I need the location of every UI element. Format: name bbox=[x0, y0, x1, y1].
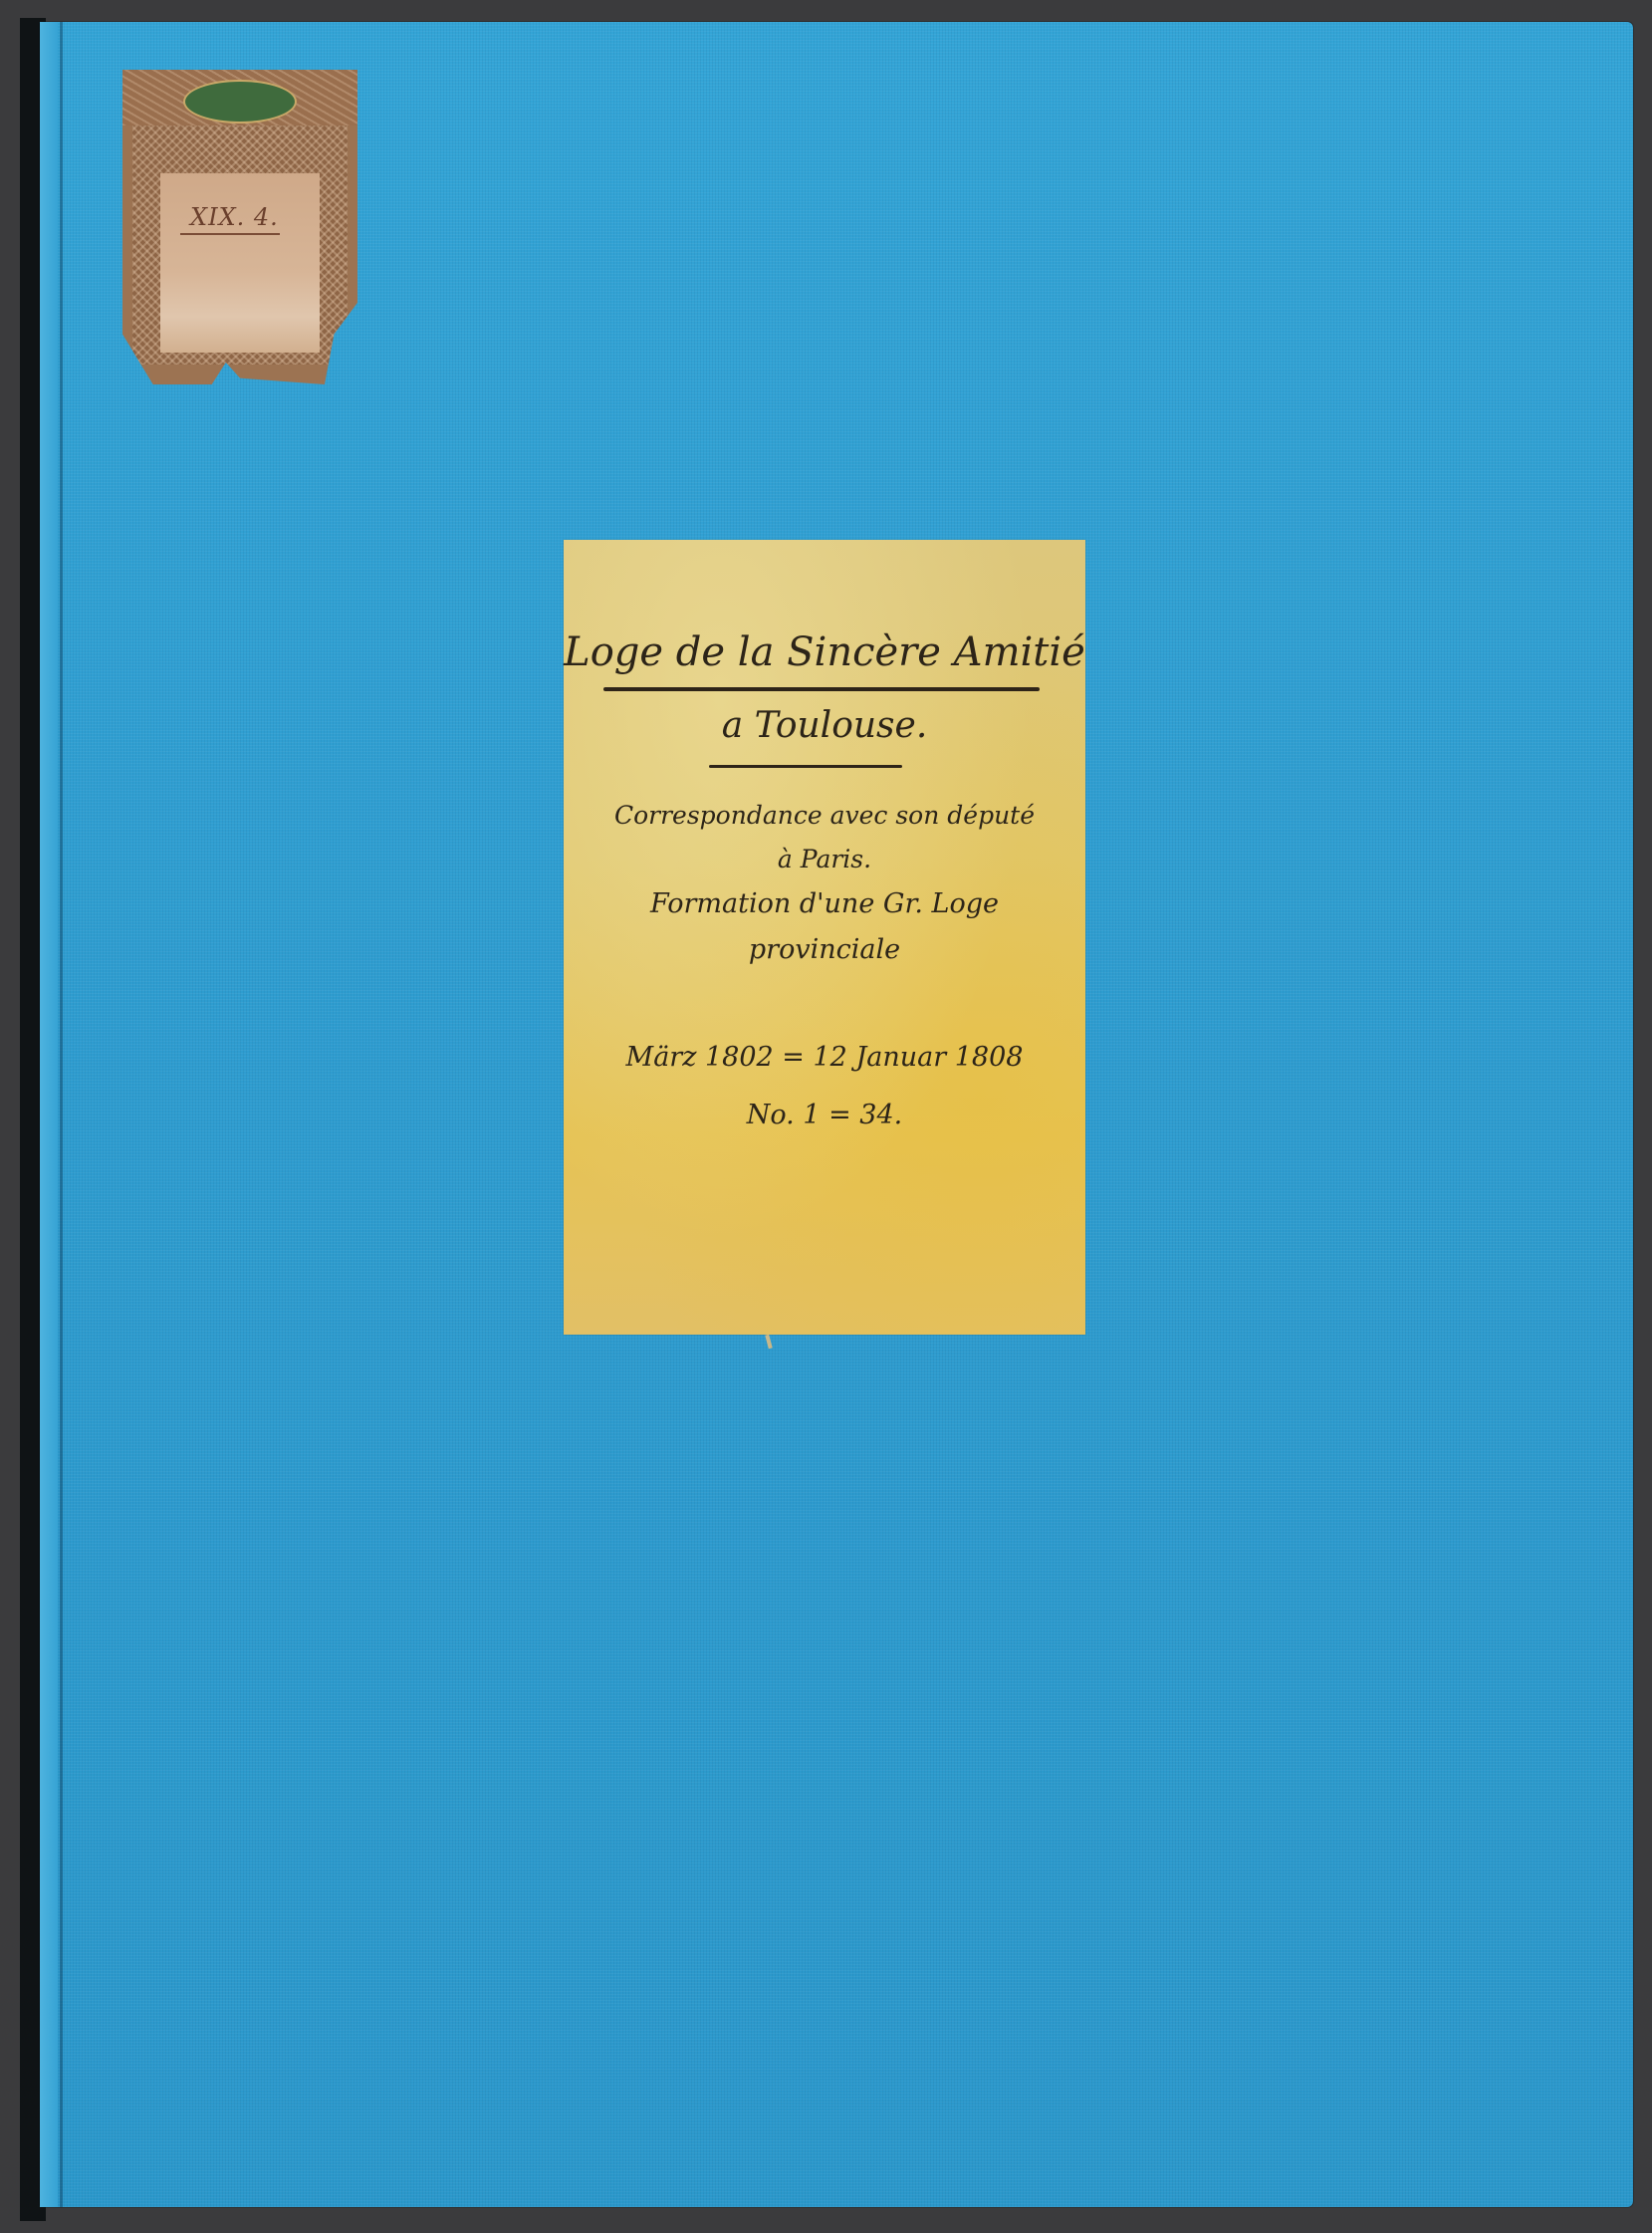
shelf-mark-code: XIX. 4. bbox=[190, 203, 279, 231]
label-number-range: No. 1 = 34. bbox=[564, 1100, 1085, 1130]
label-city: a Toulouse. bbox=[564, 705, 1085, 746]
city-underline bbox=[709, 765, 902, 768]
shelf-label-panel: XIX. 4. bbox=[160, 173, 320, 353]
title-underline bbox=[603, 687, 1040, 691]
label-title: Loge de la Sincère Amitié bbox=[564, 629, 1085, 675]
label-subtitle-line-2: à Paris. bbox=[564, 845, 1085, 873]
title-label: Loge de la Sincère Amitié a Toulouse. Co… bbox=[564, 540, 1085, 1335]
label-date-range: März 1802 = 12 Januar 1808 bbox=[564, 1042, 1085, 1073]
shelf-label-green-oval bbox=[183, 80, 297, 124]
shelf-mark-label: XIX. 4. bbox=[122, 70, 357, 384]
cover-hinge-strip bbox=[40, 22, 58, 2207]
label-subtitle-line-3: Formation d'une Gr. Loge bbox=[564, 888, 1085, 919]
label-subtitle-line-1: Correspondance avec son député bbox=[564, 801, 1085, 830]
label-subtitle-line-4: provinciale bbox=[564, 934, 1085, 965]
shelf-mark-underline bbox=[180, 233, 280, 235]
cover-hinge-line bbox=[60, 22, 63, 2207]
